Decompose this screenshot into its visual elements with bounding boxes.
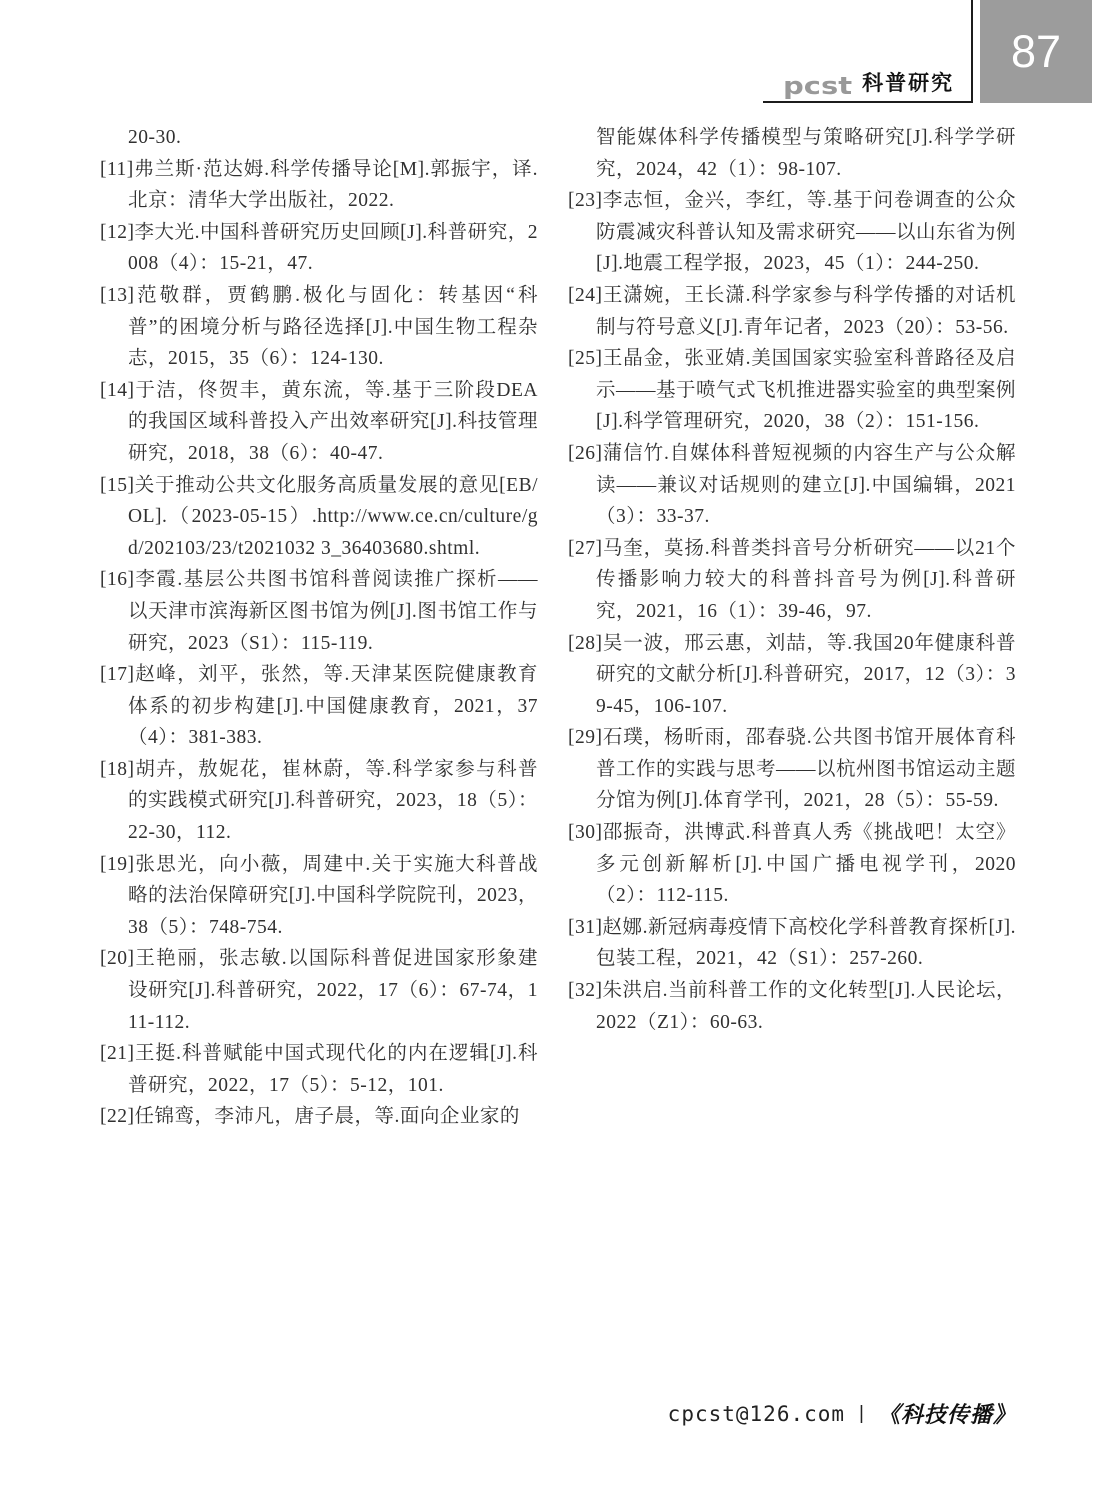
reference-item: [27]马奎，莫扬.科普类抖音号分析研究——以21个传播影响力较大的科普抖音号为…: [568, 533, 1016, 628]
reference-item: [30]邵振奇，洪博武.科普真人秀《挑战吧！太空》多元创新解析[J].中国广播电…: [568, 817, 1016, 912]
reference-item: 20-30.: [100, 122, 538, 154]
reference-item: [17]赵峰，刘平，张然，等.天津某医院健康教育体系的初步构建[J].中国健康教…: [100, 659, 538, 754]
reference-item: [23]李志恒，金兴，李红，等.基于问卷调查的公众防震减灾科普认知及需求研究——…: [568, 185, 1016, 280]
reference-item: [19]张思光，向小薇，周建中.关于实施大科普战略的法治保障研究[J].中国科学…: [100, 849, 538, 944]
reference-item: [31]赵娜.新冠病毒疫情下高校化学科普教育探析[J].包装工程，2021，42…: [568, 912, 1016, 975]
reference-item: [25]王晶金，张亚婧.美国国家实验室科普路径及启示——基于喷气式飞机推进器实验…: [568, 343, 1016, 438]
journal-section-label: 科普研究: [862, 73, 954, 94]
reference-item: [15]关于推动公共文化服务高质量发展的意见[EB/OL].（2023-05-1…: [100, 470, 538, 565]
reference-item: [26]蒲信竹.自媒体科普短视频的内容生产与公众解读——兼议对话规则的建立[J]…: [568, 438, 1016, 533]
reference-item: [24]王潇婉，王长潇.科学家参与科学传播的对话机制与符号意义[J].青年记者，…: [568, 280, 1016, 343]
reference-item: [22]任锦鸾，李沛凡，唐子晨，等.面向企业家的: [100, 1101, 538, 1133]
references-column-2: 智能媒体科学传播模型与策略研究[J].科学学研究，2024，42（1）：98-1…: [568, 122, 1016, 1133]
reference-item: 智能媒体科学传播模型与策略研究[J].科学学研究，2024，42（1）：98-1…: [568, 122, 1016, 185]
header-vertical-rule: [971, 0, 973, 103]
reference-item: [11]弗兰斯·范达姆.科学传播导论[M].郭振宇，译.北京：清华大学出版社，2…: [100, 154, 538, 217]
reference-item: [20]王艳丽，张志敏.以国际科普促进国家形象建设研究[J].科普研究，2022…: [100, 943, 538, 1038]
references-section: 20-30.[11]弗兰斯·范达姆.科学传播导论[M].郭振宇，译.北京：清华大…: [100, 122, 1016, 1133]
header-horizontal-rule: [763, 101, 973, 103]
page-footer: cpcst@126.com | 《科技传播》: [668, 1398, 1016, 1429]
page-number-badge: 87: [980, 0, 1092, 103]
reference-item: [13]范敬群，贾鹤鹏.极化与固化：转基因“科普”的困境分析与路径选择[J].中…: [100, 280, 538, 375]
references-column-1: 20-30.[11]弗兰斯·范达姆.科学传播导论[M].郭振宇，译.北京：清华大…: [100, 122, 538, 1133]
contact-email: cpcst@126.com: [668, 1402, 845, 1426]
reference-item: [32]朱洪启.当前科普工作的文化转型[J].人民论坛，2022（Z1）：60-…: [568, 975, 1016, 1038]
reference-item: [28]吴一波，邢云惠，刘喆，等.我国20年健康科普研究的文献分析[J].科普研…: [568, 628, 1016, 723]
reference-item: [29]石璞，杨昕雨，邵春骁.公共图书馆开展体育科普工作的实践与思考——以杭州图…: [568, 722, 1016, 817]
reference-item: [14]于洁，佟贺丰，黄东流，等.基于三阶段DEA的我国区域科普投入产出效率研究…: [100, 375, 538, 470]
journal-page: pcst 科普研究 87 20-30.[11]弗兰斯·范达姆.科学传播导论[M]…: [0, 0, 1102, 1496]
reference-item: [18]胡卉，敖妮花，崔林蔚，等.科学家参与科普的实践模式研究[J].科普研究，…: [100, 754, 538, 849]
journal-brand: pcst 科普研究: [783, 64, 954, 102]
journal-title: 《科技传播》: [878, 1398, 1016, 1429]
footer-separator: |: [859, 1403, 864, 1425]
pcst-logo: pcst: [783, 74, 852, 98]
reference-item: [12]李大光.中国科普研究历史回顾[J].科普研究，2008（4）：15-21…: [100, 217, 538, 280]
reference-item: [21]王挺.科普赋能中国式现代化的内在逻辑[J].科普研究，2022，17（5…: [100, 1038, 538, 1101]
reference-item: [16]李霞.基层公共图书馆科普阅读推广探析——以天津市滨海新区图书馆为例[J]…: [100, 564, 538, 659]
